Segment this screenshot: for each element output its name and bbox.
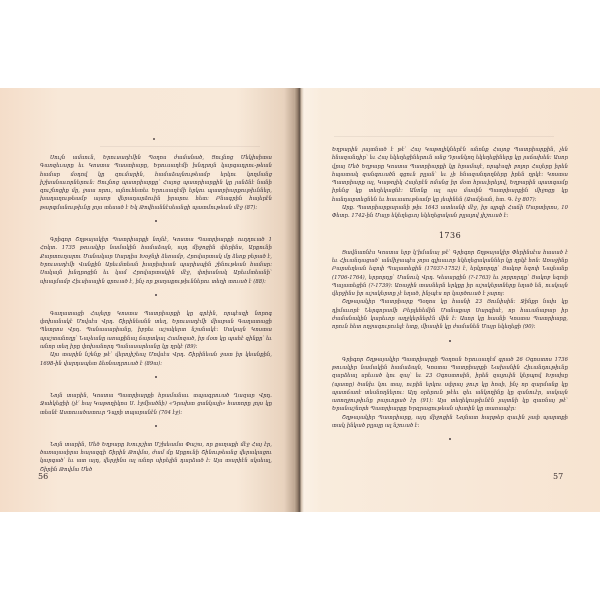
bleed-through bbox=[100, 146, 260, 147]
book-spread: Սույն ամսուն, Երուսաղէմին Պօղոս ժամանած,… bbox=[0, 88, 600, 512]
page-number-right: 57 bbox=[553, 472, 563, 481]
section-separator bbox=[40, 286, 272, 310]
paragraph: Նոյն տարին, Կոստա Պատրիարքի հրամանաւ տպա… bbox=[40, 392, 272, 417]
paragraph: Գաղատացի Հայերը Կոստա Պատրիարքի կը գրէին… bbox=[40, 310, 272, 351]
paragraph: Այս տարին նշենք թէ՝ վերոյիշեալ Մովսէս Վր… bbox=[40, 351, 272, 368]
page-number-left: 56 bbox=[38, 472, 48, 481]
separator-dot bbox=[155, 376, 157, 378]
paragraph: Եղբարին յայտնած է թէ՝ Հայ Կաթոլիկներէն ա… bbox=[332, 146, 568, 204]
left-page-text: Սույն ամսուն, Երուսաղէմին Պօղոս ժամանած,… bbox=[40, 154, 272, 474]
separator-dot bbox=[155, 294, 157, 296]
section-separator bbox=[40, 212, 272, 236]
paragraph: Նոյն տարին, Մեծ Եղբարը Խուրշիտ Մշխեամա Փ… bbox=[40, 441, 272, 474]
paragraph: Սույն ամսուն, Երուսաղէմին Պօղոս ժամանած,… bbox=[40, 154, 272, 212]
bleed-through bbox=[334, 136, 554, 137]
section-separator bbox=[332, 332, 568, 356]
right-page-text: Եղբարին յայտնած է թէ՝ Հայ Կաթոլիկներէն ա… bbox=[332, 146, 568, 454]
section-separator bbox=[40, 368, 272, 392]
separator-dot bbox=[449, 340, 451, 342]
paragraph: Գրիգոր Շղթայակիր Պատրիարքի Պօղոսն Երուսա… bbox=[332, 356, 568, 414]
book-gutter bbox=[294, 88, 304, 512]
paragraph: Արք. Պատրիարքարանի թիւ 1643 ատեանի մէջ, … bbox=[332, 204, 568, 221]
paragraph: Շղթայակիր Պատրիարք Պօղոս կը հասնի 23 Յու… bbox=[332, 298, 568, 331]
paragraph: Ցավնաոնէս Կոստա երբ կ'իմանայ թէ՝ Գրիգոր … bbox=[332, 249, 568, 299]
section-heading-year: 1736 bbox=[332, 231, 568, 241]
separator-dot bbox=[449, 438, 451, 440]
section-separator bbox=[40, 417, 272, 441]
separator-dot bbox=[155, 425, 157, 427]
paragraph: Շղթայակիր Պատրիարք, այդ միջոցին Նոյնատ հ… bbox=[332, 414, 568, 431]
separator-dot bbox=[155, 220, 157, 222]
section-separator bbox=[332, 430, 568, 454]
paragraph: Գրիգոր Շղթայակիր Պատրիարքի նոյնէ, Կոստա … bbox=[40, 236, 272, 286]
top-dot-mark bbox=[153, 138, 155, 140]
